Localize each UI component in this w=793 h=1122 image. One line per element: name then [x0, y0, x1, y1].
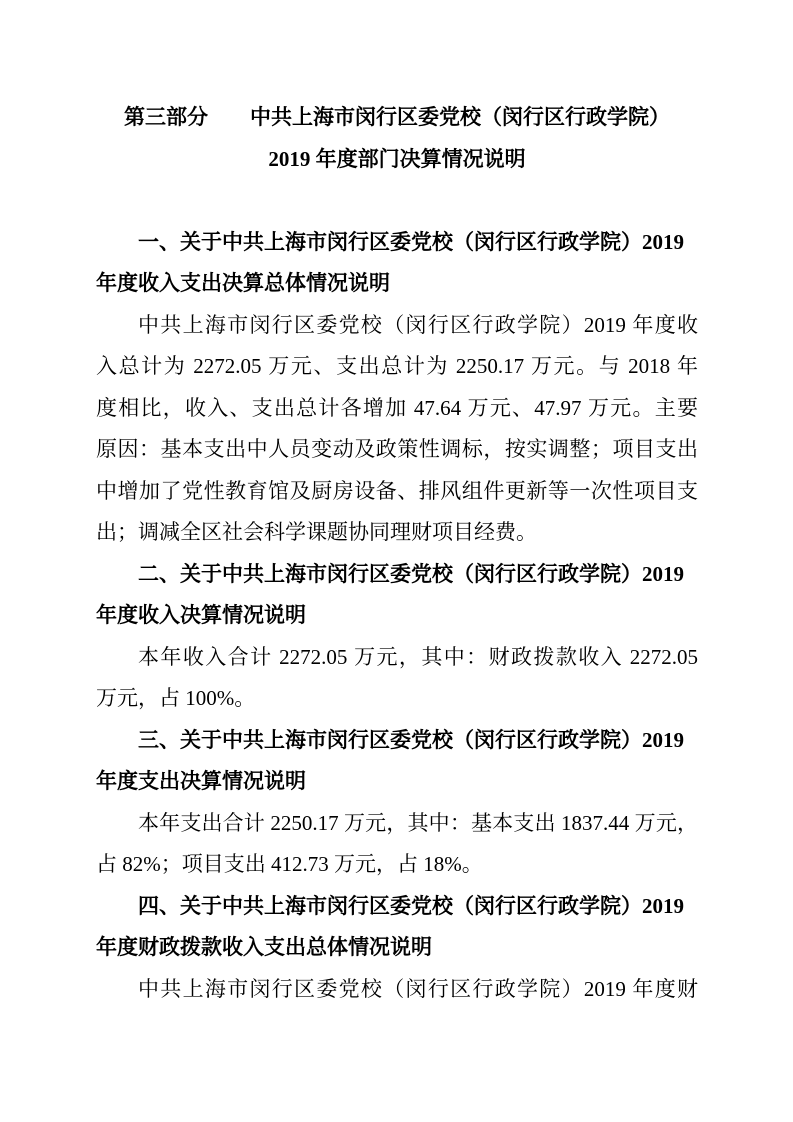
document-title-line-1: 第三部分 中共上海市闵行区委党校（闵行区行政学院） — [96, 97, 698, 139]
section-income-settlement: 二、关于中共上海市闵行区委党校（闵行区行政学院）2019 年度收入决算情况说明 … — [96, 554, 698, 720]
section-4-heading-line-1: 四、关于中共上海市闵行区委党校（闵行区行政学院）2019 — [96, 886, 698, 928]
section-1-body-line: 中共上海市闵行区委党校（闵行区行政学院）2019 年度收 — [96, 305, 698, 347]
section-1-body-line: 出；调减全区社会科学课题协同理财项目经费。 — [96, 512, 698, 554]
section-3-heading-line-1: 三、关于中共上海市闵行区委党校（闵行区行政学院）2019 — [96, 720, 698, 762]
section-1-heading-line-1: 一、关于中共上海市闵行区委党校（闵行区行政学院）2019 — [96, 222, 698, 264]
document-content: 第三部分 中共上海市闵行区委党校（闵行区行政学院） 2019 年度部门决算情况说… — [0, 0, 793, 1010]
section-2-body-line: 本年收入合计 2272.05 万元，其中：财政拨款收入 2272.05 — [96, 637, 698, 679]
section-1-body-line: 入总计为 2272.05 万元、支出总计为 2250.17 万元。与 2018 … — [96, 346, 698, 388]
section-1-body-line: 中增加了党性教育馆及厨房设备、排风组件更新等一次性项目支 — [96, 471, 698, 513]
section-3-heading-line-2: 年度支出决算情况说明 — [96, 761, 698, 803]
section-1-body-line: 原因：基本支出中人员变动及政策性调标，按实调整；项目支出 — [96, 429, 698, 471]
section-expenditure-settlement: 三、关于中共上海市闵行区委党校（闵行区行政学院）2019 年度支出决算情况说明 … — [96, 720, 698, 886]
section-fiscal-appropriation-overview: 四、关于中共上海市闵行区委党校（闵行区行政学院）2019 年度财政拨款收入支出总… — [96, 886, 698, 1011]
section-3-body-line: 占 82%；项目支出 412.73 万元，占 18%。 — [96, 844, 698, 886]
section-income-expenditure-overview: 一、关于中共上海市闵行区委党校（闵行区行政学院）2019 年度收入支出决算总体情… — [96, 222, 698, 554]
blank-line — [96, 180, 698, 222]
section-2-body-line: 万元，占 100%。 — [96, 678, 698, 720]
document-page: 第三部分 中共上海市闵行区委党校（闵行区行政学院） 2019 年度部门决算情况说… — [0, 0, 793, 1122]
document-title-line-2: 2019 年度部门决算情况说明 — [96, 139, 698, 181]
section-4-heading-line-2: 年度财政拨款收入支出总体情况说明 — [96, 927, 698, 969]
section-2-heading-line-2: 年度收入决算情况说明 — [96, 595, 698, 637]
section-1-body-line: 度相比，收入、支出总计各增加 47.64 万元、47.97 万元。主要 — [96, 388, 698, 430]
section-3-body-line: 本年支出合计 2250.17 万元，其中：基本支出 1837.44 万元， — [96, 803, 698, 845]
section-2-heading-line-1: 二、关于中共上海市闵行区委党校（闵行区行政学院）2019 — [96, 554, 698, 596]
section-1-heading-line-2: 年度收入支出决算总体情况说明 — [96, 263, 698, 305]
section-4-body-line: 中共上海市闵行区委党校（闵行区行政学院）2019 年度财 — [96, 969, 698, 1011]
